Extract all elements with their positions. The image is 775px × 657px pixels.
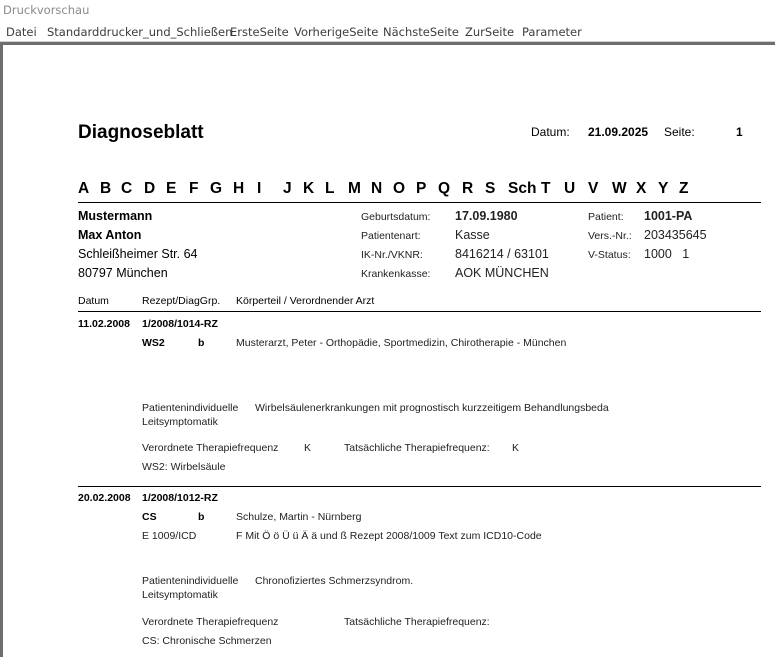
- alphabet-letter: D: [144, 180, 155, 198]
- lead-symptom-label-2: Leitsymptomatik: [142, 589, 218, 601]
- window-title: Druckvorschau: [3, 3, 89, 17]
- alphabet-letter: M: [348, 180, 361, 198]
- menu-zur-seite[interactable]: ZurSeite: [465, 25, 514, 39]
- lead-symptom-text: Wirbelsäulenerkrankungen mit prognostisc…: [255, 402, 609, 414]
- entry-group: CS: [142, 511, 157, 523]
- group-description: WS2: Wirbelsäule: [142, 461, 225, 473]
- patient-type-value: Kasse: [455, 228, 490, 242]
- print-preview-area[interactable]: Diagnoseblatt Datum: 21.09.2025 Seite: 1…: [0, 42, 775, 657]
- entry-date: 20.02.2008: [78, 492, 131, 504]
- ik-value: 8416214 / 63101: [455, 247, 549, 261]
- menu-datei[interactable]: Datei: [6, 25, 37, 39]
- alphabet-letter: Q: [438, 180, 450, 198]
- prescribed-frequency-value: K: [304, 442, 311, 454]
- alphabet-letter: C: [121, 180, 132, 198]
- entry-date: 11.02.2008: [78, 318, 130, 330]
- divider-line: [78, 311, 761, 312]
- insurance-number-label: Vers.-Nr.:: [588, 230, 632, 242]
- divider-line: [78, 202, 761, 203]
- alphabet-letter: G: [210, 180, 222, 198]
- lead-symptom-text: Chronofiziertes Schmerzsyndrom.: [255, 575, 413, 587]
- icd-code: E 1009/ICD: [142, 530, 196, 542]
- entry-flag: b: [198, 511, 204, 523]
- group-description: CS: Chronische Schmerzen: [142, 635, 272, 647]
- menu-parameter[interactable]: Parameter: [522, 25, 582, 39]
- divider-line: [78, 486, 761, 487]
- alphabet-letter: I: [257, 180, 261, 198]
- alphabet-letter: E: [166, 180, 176, 198]
- menu-standarddrucker-und-schliessen[interactable]: Standarddrucker_und_Schließen: [47, 25, 232, 39]
- insurer-label: Krankenkasse:: [361, 268, 430, 280]
- actual-frequency-label: Tatsächliche Therapiefrequenz:: [344, 616, 490, 628]
- prescribed-frequency-label: Verordnete Therapiefrequenz: [142, 442, 278, 454]
- insurance-number-value: 203435645: [644, 228, 707, 242]
- birthdate-value: 17.09.1980: [455, 209, 518, 223]
- patient-id-label: Patient:: [588, 211, 624, 223]
- entry-recipe: 1/2008/1014-RZ: [142, 318, 218, 330]
- lead-symptom-label: Patientenindividuelle: [142, 402, 238, 414]
- alphabet-letter: O: [393, 180, 405, 198]
- insurer-value: AOK MÜNCHEN: [455, 266, 549, 280]
- alphabet-letter: L: [325, 180, 334, 198]
- lead-symptom-label-2: Leitsymptomatik: [142, 416, 218, 428]
- menu-erste-seite[interactable]: ErsteSeite: [230, 25, 289, 39]
- alphabet-letter: X: [636, 180, 646, 198]
- prescribed-frequency-label: Verordnete Therapiefrequenz: [142, 616, 278, 628]
- ik-label: IK-Nr./VKNR:: [361, 249, 423, 261]
- alphabet-letter: A: [78, 180, 89, 198]
- menu-bar: Datei Standarddrucker_und_Schließen Erst…: [0, 22, 775, 42]
- entry-recipe: 1/2008/1012-RZ: [142, 492, 218, 504]
- birthdate-label: Geburtsdatum:: [361, 211, 430, 223]
- alphabet-letter: H: [233, 180, 244, 198]
- alphabet-letter: U: [564, 180, 575, 198]
- lead-symptom-label: Patientenindividuelle: [142, 575, 238, 587]
- alphabet-letter: F: [189, 180, 198, 198]
- alphabet-letter: Z: [679, 180, 688, 198]
- patient-first-name: Max Anton: [78, 228, 141, 242]
- alphabet-letter: J: [283, 180, 292, 198]
- alphabet-letter: S: [485, 180, 495, 198]
- date-value: 21.09.2025: [588, 125, 648, 139]
- alphabet-letter: T: [541, 180, 550, 198]
- report-page: Diagnoseblatt Datum: 21.09.2025 Seite: 1…: [3, 45, 775, 657]
- patient-street: Schleißheimer Str. 64: [78, 247, 198, 261]
- patient-city: 80797 München: [78, 266, 168, 280]
- icd-text: F Mit Ö ö Ü ü Ä ä und ß Rezept 2008/1009…: [236, 530, 542, 542]
- entry-doctor: Schulze, Martin - Nürnberg: [236, 511, 361, 523]
- alphabet-letter: R: [462, 180, 473, 198]
- entry-flag: b: [198, 337, 204, 349]
- column-header-recipe: Rezept/DiagGrp.: [142, 295, 220, 307]
- alphabet-letter: P: [416, 180, 426, 198]
- entry-doctor: Musterarzt, Peter - Orthopädie, Sportmed…: [236, 337, 566, 349]
- window-titlebar: Druckvorschau: [0, 0, 775, 20]
- column-header-body: Körperteil / Verordnender Arzt: [236, 295, 374, 307]
- date-label: Datum:: [531, 125, 570, 139]
- report-title: Diagnoseblatt: [78, 122, 204, 144]
- alphabet-letter: W: [612, 180, 627, 198]
- patient-id-value: 1001-PA: [644, 209, 692, 223]
- alphabet-letter: Y: [658, 180, 668, 198]
- actual-frequency-label: Tatsächliche Therapiefrequenz:: [344, 442, 490, 454]
- page-label: Seite:: [664, 125, 695, 139]
- column-header-date: Datum: [78, 295, 109, 307]
- actual-frequency-value: K: [512, 442, 519, 454]
- patient-last-name: Mustermann: [78, 209, 152, 223]
- alphabet-letter: V: [588, 180, 598, 198]
- alphabet-letter: Sch: [508, 180, 536, 198]
- menu-vorherige-seite[interactable]: VorherigeSeite: [294, 25, 378, 39]
- menu-naechste-seite[interactable]: NächsteSeite: [383, 25, 459, 39]
- alphabet-letter: N: [371, 180, 382, 198]
- alphabet-letter: K: [303, 180, 314, 198]
- patient-type-label: Patientenart:: [361, 230, 421, 242]
- v-status-label: V-Status:: [588, 249, 631, 261]
- alphabet-letter: B: [100, 180, 111, 198]
- v-status-value: 1000 1: [644, 247, 689, 261]
- entry-group: WS2: [142, 337, 165, 349]
- page-value: 1: [736, 125, 743, 139]
